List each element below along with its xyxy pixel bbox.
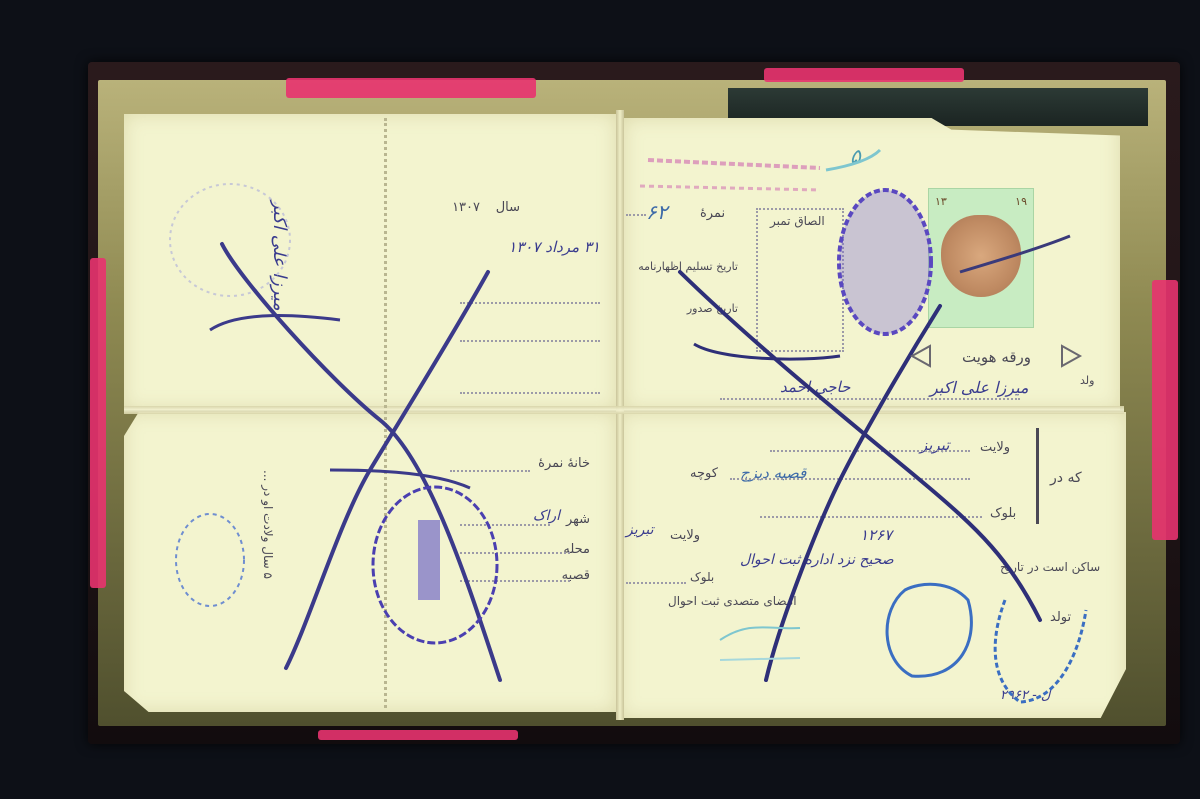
leader-line bbox=[720, 398, 1020, 400]
pink-cloth-bottom bbox=[318, 730, 518, 740]
pink-cloth-right-edge bbox=[1152, 280, 1178, 540]
block2-label: بلوک bbox=[690, 570, 714, 584]
street-label: کوچه bbox=[690, 466, 718, 481]
block-label: بلوک bbox=[990, 506, 1016, 521]
province-label: ولایت bbox=[980, 440, 1010, 455]
leader-line bbox=[460, 392, 600, 394]
pink-cloth-left-edge bbox=[90, 258, 106, 588]
leader-line bbox=[450, 470, 530, 472]
leader-line bbox=[460, 580, 570, 582]
issue-date-label: تاریخ تسلیم اظهارنامه bbox=[638, 260, 738, 273]
lion-and-sun-emblem-icon bbox=[941, 215, 1021, 297]
resident-label: ساکن است در تاریخ bbox=[1000, 560, 1100, 574]
leader-line bbox=[460, 552, 570, 554]
stamp-value-left: ۱۳ bbox=[935, 195, 947, 208]
province2-label: ولایت bbox=[670, 528, 700, 543]
horizontal-fold bbox=[124, 406, 1124, 414]
leader-line bbox=[460, 524, 550, 526]
left-footer-text: ۵ سال ولادت او در ... bbox=[261, 470, 275, 579]
born-in-label: که در bbox=[1050, 470, 1082, 486]
stamp-value-right: ۱۹ bbox=[1015, 195, 1027, 208]
leader-line bbox=[770, 450, 970, 452]
perforation-line bbox=[384, 118, 387, 708]
province2-value: تبریز bbox=[626, 522, 653, 538]
margin-handwriting: میرزا علی اکبر bbox=[269, 200, 290, 311]
leader-line bbox=[626, 214, 646, 216]
city-label: شهر bbox=[566, 512, 590, 527]
date-value: ۳۱ مرداد ۱۳۰۷ bbox=[508, 238, 600, 256]
stamp-label: الصاق تمبر bbox=[770, 214, 825, 228]
serial-number: ل - ۲۹۶۲ bbox=[1000, 688, 1050, 703]
leader-line bbox=[460, 302, 600, 304]
number-value: ۶۲ bbox=[646, 200, 667, 224]
year-value: ۱۳۰۷ bbox=[452, 200, 480, 215]
stamp-placement-box bbox=[756, 208, 844, 352]
pink-cloth-top-right bbox=[764, 68, 964, 82]
document-title: ورقه هویت bbox=[962, 348, 1031, 366]
leader-line bbox=[730, 478, 970, 480]
center-fold bbox=[616, 110, 624, 720]
registry-text: صحیح نزد اداره ثبت احوال bbox=[740, 552, 894, 568]
neighborhood-label: محله bbox=[563, 542, 590, 557]
city-value: اراک bbox=[533, 508, 560, 524]
teal-note: ۵ bbox=[850, 144, 861, 168]
signature-label: امضای متصدی ثبت احوال bbox=[668, 594, 797, 608]
house-number-label: خانهٔ نمرهٔ bbox=[538, 456, 590, 471]
left-page-upper bbox=[124, 114, 616, 410]
father-name: حاجی احمد bbox=[780, 378, 850, 396]
father-label: ولد bbox=[1080, 374, 1094, 387]
pink-cloth-top-left bbox=[286, 78, 536, 98]
leader-line bbox=[760, 516, 982, 518]
number-label: نمرهٔ bbox=[700, 206, 725, 221]
leader-line bbox=[460, 340, 600, 342]
leader-line bbox=[626, 582, 686, 584]
field-bracket bbox=[1036, 428, 1039, 524]
holder-name: میرزا علی اکبر bbox=[930, 378, 1028, 397]
year-label: سال bbox=[496, 200, 520, 215]
birth-label: تولد bbox=[1050, 610, 1071, 625]
birth-year: ۱۲۶۷ bbox=[860, 526, 892, 544]
revenue-stamp: ۱۳ ۱۹ bbox=[928, 188, 1034, 328]
issue-label: تاریخ صدور bbox=[687, 302, 738, 315]
